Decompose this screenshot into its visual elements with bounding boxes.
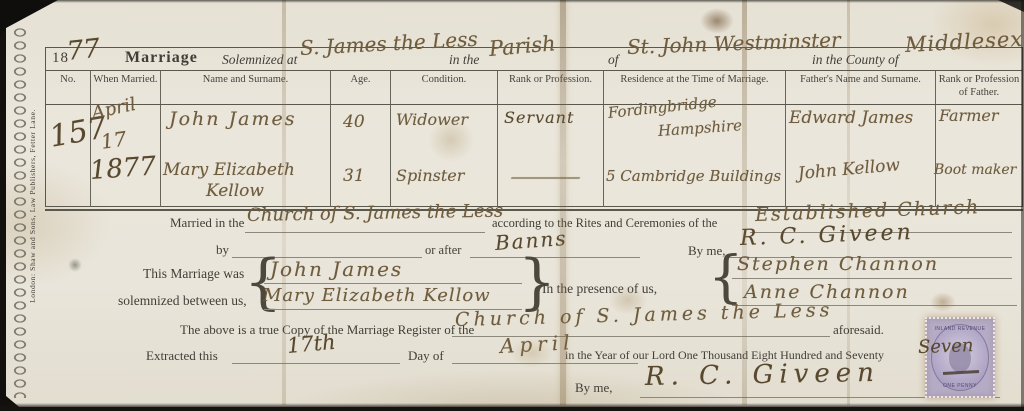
day-of-label: Day of xyxy=(408,348,444,364)
presence-label: In the presence of us, xyxy=(542,281,657,297)
col-header-no: No. xyxy=(46,71,91,104)
table-column-headers: No. When Married. Name and Surname. Age.… xyxy=(46,71,1022,105)
groom-age: 40 xyxy=(343,112,365,132)
extracted-day-handwritten: 17th xyxy=(286,330,337,358)
bride-name-line1: Mary Elizabeth xyxy=(163,160,295,180)
entry-day: 17 xyxy=(99,127,128,154)
col-header-rank: Rank or Profession. xyxy=(498,71,604,104)
groom-rank: Servant xyxy=(504,108,574,127)
blank-line xyxy=(232,363,400,364)
groom-name: John James xyxy=(169,108,297,130)
col-header-age: Age. xyxy=(331,71,391,104)
stamp-bottom-text: ONE PENNY xyxy=(927,383,993,389)
blank-line xyxy=(732,278,1012,279)
or-after-handwritten: Banns xyxy=(494,226,568,255)
extracted-month-handwritten: April xyxy=(499,330,575,358)
year-handwritten: 77 xyxy=(65,34,101,67)
blank-line xyxy=(264,283,522,284)
married-in-handwritten: Church of S. James the Less xyxy=(247,201,504,226)
col-header-father-rank: Rank or Profession of Father. xyxy=(936,71,1022,104)
groom-father-name: Edward James xyxy=(789,108,913,128)
by-label: by xyxy=(216,242,229,258)
bride-name-line2: Kellow xyxy=(206,181,264,201)
col-header-condition: Condition. xyxy=(391,71,498,104)
bride-rank-dash: — xyxy=(508,168,583,186)
marriage-certificate-scan: London: Shaw and Sons, Law Publishers, F… xyxy=(0,0,1024,411)
year-word-handwritten: Seven xyxy=(918,335,974,358)
bottom-by-me-label: By me, xyxy=(575,380,613,396)
blank-line xyxy=(245,232,485,233)
blank-line xyxy=(452,363,638,364)
inland-revenue-stamp: INLAND REVENUE ONE PENNY xyxy=(925,317,995,398)
col-header-name-surname: Name and Surname. xyxy=(161,71,331,104)
stamp-top-text: INLAND REVENUE xyxy=(927,326,993,332)
or-after-label: or after xyxy=(425,243,461,258)
married-in-label: Married in the xyxy=(170,215,244,231)
bride-residence: 5 Cambridge Buildings xyxy=(606,167,781,185)
register-table: No. When Married. Name and Surname. Age.… xyxy=(45,47,1023,207)
extracted-label: Extracted this xyxy=(146,348,218,364)
marriage-was-label: This Marriage was xyxy=(143,266,244,282)
party1-signature: John James xyxy=(270,257,403,281)
bride-condition: Spinster xyxy=(396,166,464,185)
col-header-father: Father's Name and Surname. xyxy=(786,71,936,104)
entry-year: 1877 xyxy=(89,151,157,186)
bottom-signature: R. C. Giveen xyxy=(645,358,880,392)
solemnized-between-label: solemnized between us, xyxy=(118,293,247,309)
party2-signature: Mary Elizabeth Kellow xyxy=(263,285,491,306)
witness1-signature: Stephen Channon xyxy=(737,253,939,275)
publisher-imprint: London: Shaw and Sons, Law Publishers, F… xyxy=(28,109,37,303)
bride-age: 31 xyxy=(343,166,365,186)
groom-father-rank: Farmer xyxy=(939,106,999,125)
groom-condition: Widower xyxy=(396,110,468,129)
publisher-imprint-wrap: London: Shaw and Sons, Law Publishers, F… xyxy=(28,0,37,411)
aforesaid-label: aforesaid. xyxy=(833,322,884,338)
bride-father-rank: Boot maker xyxy=(934,162,1016,178)
